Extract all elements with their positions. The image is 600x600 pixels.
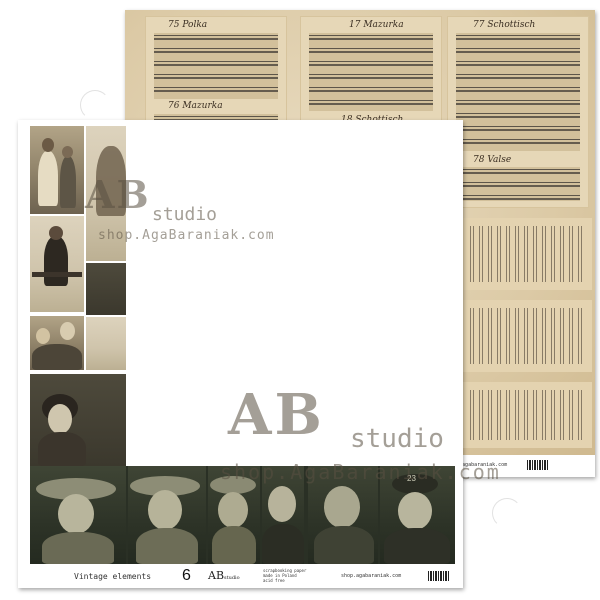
website-url: shop.agabaraniak.com: [341, 573, 401, 579]
corner-stamp-icon: [80, 90, 110, 120]
mini-music-panel: [462, 300, 592, 372]
watermark-logo: AB: [85, 172, 151, 217]
photo-woman-hand-on-chin: [30, 374, 126, 466]
music-staves: [456, 33, 580, 151]
music-title: 75 Polka: [168, 20, 207, 30]
photo-child-in-coat: [30, 216, 84, 312]
photo-dark-portrait: [86, 263, 126, 315]
mini-music-panel: [462, 218, 592, 290]
corner-stamp-icon: [492, 498, 522, 528]
photo-children-portrait: [30, 126, 84, 214]
mini-music-panel: [462, 382, 592, 448]
music-title: 17 Mazurka: [349, 20, 404, 30]
music-staves: [456, 167, 580, 201]
sheet-number: 6: [182, 567, 191, 585]
music-page: 77 Schottisch 78 Valse: [447, 16, 589, 208]
collection-label: Vintage elements: [74, 572, 151, 581]
barcode-icon: [527, 460, 549, 470]
photo-woman-in-hat-1: [30, 466, 126, 564]
watermark-studio: studio: [350, 424, 444, 454]
music-title: 78 Valse: [473, 155, 511, 165]
sheet-footer: Vintage elements 6 ABstudio scrapbooking…: [18, 564, 463, 588]
music-staves: [154, 33, 278, 99]
music-staves: [309, 33, 433, 111]
fine-print: scrapbooking papermade in Polandacid fre…: [263, 568, 306, 583]
photo-faded-portrait: [86, 317, 126, 370]
barcode-icon: [428, 571, 450, 581]
photo-woman-in-hat-2: [128, 466, 206, 564]
brand-logo: ABstudio: [208, 569, 240, 582]
music-title: 77 Schottisch: [473, 20, 535, 30]
watermark-url: shop.AgaBaraniak.com: [220, 460, 501, 484]
watermark-logo: AB: [228, 382, 325, 448]
watermark-studio: studio: [152, 204, 217, 225]
watermark-url: shop.AgaBaraniak.com: [98, 228, 275, 243]
photo-couple-portrait: [30, 316, 84, 370]
music-title: 76 Mazurka: [168, 101, 223, 111]
